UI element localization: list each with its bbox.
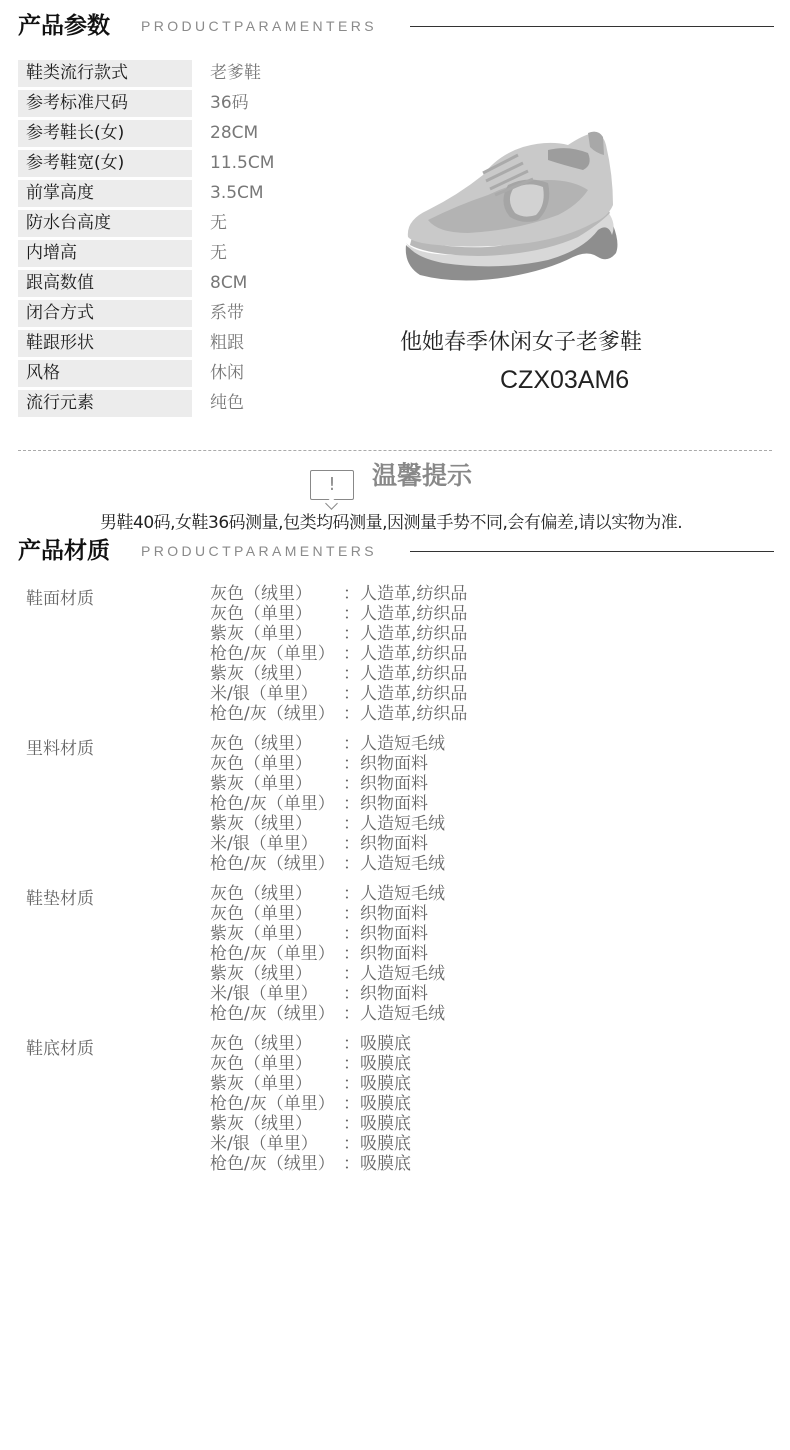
material-color: 灰色（绒里） [210,1034,343,1054]
material-color: 紫灰（绒里） [210,1114,343,1134]
material-color: 米/银（单里） [210,834,343,854]
material-color: 米/银（单里） [210,984,343,1004]
param-row: 风格休闲 [18,360,274,390]
param-key: 参考鞋长(女) [18,120,192,147]
section-subtitle: PRODUCTPARAMENTERS [141,9,377,43]
param-row: 参考鞋长(女)28CM [18,120,274,150]
material-value: ：人造短毛绒 [343,734,445,754]
material-color: 米/银（单里） [210,684,343,704]
divider-line [410,26,774,27]
param-value: 粗跟 [192,330,244,360]
material-color: 枪色/灰（单里） [210,1094,343,1114]
material-line: 紫灰（单里）：织物面料 [210,774,445,794]
product-name: 他她春季休闲女子老爹鞋 [400,325,642,356]
param-value: 老爹鞋 [192,60,261,90]
param-key: 内增高 [18,240,192,267]
material-value: ：人造革,纺织品 [343,664,467,684]
param-row: 流行元素纯色 [18,390,274,420]
material-line: 枪色/灰（单里）：织物面料 [210,794,445,814]
tip-text: 男鞋40码,女鞋36码测量,包类均码测量,因测量手势不同,会有偏差,请以实物为准… [100,508,682,533]
material-color: 紫灰（单里） [210,924,343,944]
material-color: 紫灰（单里） [210,774,343,794]
material-value: ：人造革,纺织品 [343,684,467,704]
param-row: 防水台高度无 [18,210,274,240]
material-line: 米/银（单里）：织物面料 [210,834,445,854]
param-row: 跟高数值8CM [18,270,274,300]
material-value: ：织物面料 [343,924,428,944]
material-value: ：人造短毛绒 [343,884,445,904]
product-code: CZX03AM6 [500,366,629,395]
material-value: ：人造革,纺织品 [343,624,467,644]
param-key: 闭合方式 [18,300,192,327]
material-line: 灰色（单里）：吸膜底 [210,1054,411,1074]
material-value: ：吸膜底 [343,1134,411,1154]
material-color: 灰色（单里） [210,754,343,774]
material-line: 灰色（绒里）：人造短毛绒 [210,734,445,754]
exclamation-speech-bubble-icon: ! [310,470,354,500]
material-line: 枪色/灰（单里）：吸膜底 [210,1094,411,1114]
material-color: 枪色/灰（单里） [210,944,343,964]
material-label: 里料材质 [26,734,94,759]
params-table: 鞋类流行款式老爹鞋 参考标准尺码36码 参考鞋长(女)28CM 参考鞋宽(女)1… [18,60,274,420]
material-value: ：人造革,纺织品 [343,704,467,724]
param-value: 28CM [192,120,258,150]
material-value: ：吸膜底 [343,1074,411,1094]
material-color: 紫灰（单里） [210,624,343,644]
param-key: 鞋类流行款式 [18,60,192,87]
material-color: 枪色/灰（绒里） [210,704,343,724]
material-line: 枪色/灰（绒里）：人造革,纺织品 [210,704,467,724]
material-value: ：织物面料 [343,774,428,794]
param-row: 前掌高度3.5CM [18,180,274,210]
material-color: 灰色（单里） [210,1054,343,1074]
material-line: 枪色/灰（绒里）：吸膜底 [210,1154,411,1174]
material-line: 米/银（单里）：人造革,纺织品 [210,684,467,704]
material-value: ：织物面料 [343,984,428,1004]
param-value: 8CM [192,270,247,300]
param-value: 无 [192,240,227,270]
material-value: ：织物面料 [343,834,428,854]
param-key: 前掌高度 [18,180,192,207]
material-value: ：织物面料 [343,754,428,774]
material-line: 灰色（绒里）：人造短毛绒 [210,884,445,904]
material-lines: 灰色（绒里）：吸膜底 灰色（单里）：吸膜底 紫灰（单里）：吸膜底 枪色/灰（单里… [210,1034,411,1174]
param-key: 跟高数值 [18,270,192,297]
material-label: 鞋面材质 [26,584,94,609]
material-color: 枪色/灰（绒里） [210,1004,343,1024]
material-value: ：人造短毛绒 [343,964,445,984]
param-row: 参考标准尺码36码 [18,90,274,120]
param-value: 休闲 [192,360,244,390]
product-image [398,125,628,295]
material-line: 枪色/灰（单里）：人造革,纺织品 [210,644,467,664]
material-line: 灰色（单里）：织物面料 [210,904,445,924]
param-value: 系带 [192,300,244,330]
param-key: 流行元素 [18,390,192,417]
material-color: 紫灰（绒里） [210,664,343,684]
material-value: ：人造革,纺织品 [343,604,467,624]
material-color: 枪色/灰（单里） [210,644,343,664]
material-line: 紫灰（绒里）：吸膜底 [210,1114,411,1134]
material-value: ：人造短毛绒 [343,814,445,834]
material-color: 灰色（单里） [210,904,343,924]
material-line: 米/银（单里）：吸膜底 [210,1134,411,1154]
material-color: 灰色（绒里） [210,884,343,904]
material-value: ：吸膜底 [343,1034,411,1054]
material-color: 枪色/灰（单里） [210,794,343,814]
material-color: 米/银（单里） [210,1134,343,1154]
material-line: 紫灰（单里）：吸膜底 [210,1074,411,1094]
material-line: 紫灰（绒里）：人造短毛绒 [210,814,445,834]
material-value: ：织物面料 [343,794,428,814]
material-color: 枪色/灰（绒里） [210,854,343,874]
material-value: ：吸膜底 [343,1154,411,1174]
material-line: 枪色/灰（绒里）：人造短毛绒 [210,854,445,874]
sneaker-icon [398,125,628,295]
section-header-materials: 产品材质 PRODUCTPARAMENTERS [18,534,774,568]
material-color: 紫灰（绒里） [210,814,343,834]
param-key: 鞋跟形状 [18,330,192,357]
material-value: ：人造短毛绒 [343,1004,445,1024]
material-value: ：吸膜底 [343,1094,411,1114]
param-key: 风格 [18,360,192,387]
section-subtitle: PRODUCTPARAMENTERS [141,534,377,568]
material-color: 紫灰（单里） [210,1074,343,1094]
param-value: 纯色 [192,390,244,420]
param-value: 11.5CM [192,150,274,180]
material-line: 灰色（单里）：织物面料 [210,754,445,774]
material-value: ：吸膜底 [343,1114,411,1134]
tip-title: 温馨提示 [372,456,472,492]
material-line: 米/银（单里）：织物面料 [210,984,445,1004]
dashed-divider [18,450,772,451]
material-value: ：织物面料 [343,904,428,924]
material-value: ：织物面料 [343,944,428,964]
material-line: 枪色/灰（绒里）：人造短毛绒 [210,1004,445,1024]
divider-line [410,551,774,552]
param-value: 36码 [192,90,249,120]
material-color: 灰色（绒里） [210,584,343,604]
param-row: 闭合方式系带 [18,300,274,330]
material-lines: 灰色（绒里）：人造短毛绒 灰色（单里）：织物面料 紫灰（单里）：织物面料 枪色/… [210,884,445,1024]
param-key: 参考标准尺码 [18,90,192,117]
material-value: ：人造短毛绒 [343,854,445,874]
material-label: 鞋垫材质 [26,884,94,909]
section-title: 产品材质 [18,534,110,568]
material-line: 灰色（绒里）：人造革,纺织品 [210,584,467,604]
param-key: 防水台高度 [18,210,192,237]
param-value: 3.5CM [192,180,264,210]
param-row: 参考鞋宽(女)11.5CM [18,150,274,180]
material-line: 灰色（绒里）：吸膜底 [210,1034,411,1054]
material-color: 枪色/灰（绒里） [210,1154,343,1174]
material-line: 紫灰（绒里）：人造革,纺织品 [210,664,467,684]
material-label: 鞋底材质 [26,1034,94,1059]
material-line: 紫灰（单里）：织物面料 [210,924,445,944]
material-line: 枪色/灰（单里）：织物面料 [210,944,445,964]
section-header-params: 产品参数 PRODUCTPARAMENTERS [18,9,774,43]
material-line: 灰色（单里）：人造革,纺织品 [210,604,467,624]
param-row: 内增高无 [18,240,274,270]
material-lines: 灰色（绒里）：人造短毛绒 灰色（单里）：织物面料 紫灰（单里）：织物面料 枪色/… [210,734,445,874]
material-value: ：人造革,纺织品 [343,584,467,604]
param-value: 无 [192,210,227,240]
param-row: 鞋类流行款式老爹鞋 [18,60,274,90]
material-value: ：人造革,纺织品 [343,644,467,664]
param-row: 鞋跟形状粗跟 [18,330,274,360]
material-line: 紫灰（单里）：人造革,纺织品 [210,624,467,644]
material-line: 紫灰（绒里）：人造短毛绒 [210,964,445,984]
material-lines: 灰色（绒里）：人造革,纺织品 灰色（单里）：人造革,纺织品 紫灰（单里）：人造革… [210,584,467,724]
material-color: 灰色（绒里） [210,734,343,754]
material-color: 紫灰（绒里） [210,964,343,984]
section-title: 产品参数 [18,9,110,43]
material-color: 灰色（单里） [210,604,343,624]
material-value: ：吸膜底 [343,1054,411,1074]
param-key: 参考鞋宽(女) [18,150,192,177]
